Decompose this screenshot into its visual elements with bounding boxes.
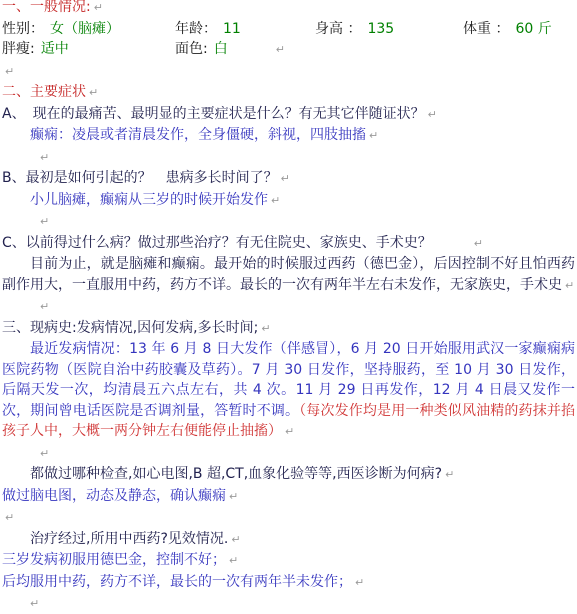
blank-4: ↵ bbox=[2, 296, 575, 318]
paragraph-mark-icon: ↵ bbox=[30, 597, 39, 610]
answer-a-text: 癫痫：凌晨或者清晨发作，全身僵硬，斜视，四肢抽搐 bbox=[30, 127, 366, 143]
field-build-value: 适中 bbox=[41, 41, 69, 57]
document-page[interactable]: 一、一般情况:↵性别：女（脑瘫）年龄：11身高 ：135体重 ：60 斤胖瘦:适… bbox=[0, 0, 577, 614]
paragraph-mark-icon: ↵ bbox=[5, 511, 14, 524]
paragraph-mark-icon: ↵ bbox=[281, 172, 290, 185]
paragraph-mark-icon: ↵ bbox=[445, 468, 454, 481]
answer-treatment-1: 三岁发病初服用德巴金，控制不好；↵ bbox=[2, 550, 575, 572]
field-complexion-label: 面色: bbox=[175, 41, 208, 57]
answer-treatment-2-text: 后均服用中药，药方不详，最长的一次有两年半未发作； bbox=[2, 574, 352, 590]
paragraph-mark-icon: ↵ bbox=[94, 1, 103, 14]
question-b-text: B、最初是如何引起的？ 患病多长时间了？ bbox=[2, 170, 278, 186]
question-c-text: C、以前得过什么病？做过那些治疗？有无住院史、家族史、手术史？ bbox=[2, 235, 432, 251]
field-row-2: 胖瘦:适中面色:白↵ bbox=[2, 39, 575, 61]
question-checks-text: 都做过哪种检查,如心电图,B 超,CT,血象化验等等,西医诊断为何病? bbox=[30, 466, 442, 482]
field-weight: 体重 ：60 斤 bbox=[463, 19, 575, 40]
field-sex: 性别：女（脑瘫） bbox=[2, 19, 175, 40]
blank-7: ↵ bbox=[2, 593, 575, 614]
answer-checks: 做过脑电图，动态及静态，确认癫痫↵ bbox=[2, 486, 575, 508]
field-age-value: 11 bbox=[223, 21, 241, 37]
heading-symptoms-text: 二、主要症状 bbox=[2, 84, 86, 100]
field-height-label: 身高 ： bbox=[315, 21, 361, 37]
paragraph-mark-icon: ↵ bbox=[229, 554, 238, 567]
blank-2: ↵ bbox=[2, 147, 575, 169]
paragraph-mark-icon: ↵ bbox=[5, 65, 14, 78]
field-complexion-value: 白 bbox=[214, 41, 228, 57]
paragraph-mark-icon: ↵ bbox=[229, 490, 238, 503]
heading-general-text: 一、一般情况: bbox=[2, 0, 91, 15]
blank-3: ↵ bbox=[2, 211, 575, 233]
field-height: 身高 ：135 bbox=[315, 19, 463, 40]
field-age: 年龄：11 bbox=[175, 19, 315, 40]
paragraph-mark-icon: ↵ bbox=[271, 194, 280, 207]
heading-symptoms: 二、主要症状↵ bbox=[2, 82, 575, 104]
document-body: 一、一般情况:↵性别：女（脑瘫）年龄：11身高 ：135体重 ：60 斤胖瘦:适… bbox=[2, 0, 575, 614]
answer-b-text: 小儿脑瘫，癫痫从三岁的时候开始发作 bbox=[30, 192, 268, 208]
question-history: 三、现病史:发病情况,因何发病,多长时间;↵ bbox=[2, 318, 575, 340]
question-checks: 都做过哪种检查,如心电图,B 超,CT,血象化验等等,西医诊断为何病?↵ bbox=[2, 464, 575, 486]
paragraph-mark-icon: ↵ bbox=[565, 279, 574, 292]
field-sex-value: 女（脑瘫） bbox=[50, 21, 120, 37]
heading-general: 一、一般情况:↵ bbox=[2, 0, 575, 19]
question-a-text: A、 现在的最痛苦、最明显的主要症状是什么？有无其它伴随证状？ bbox=[2, 106, 425, 122]
field-sex-label: 性别： bbox=[2, 21, 44, 37]
answer-checks-text: 做过脑电图，动态及静态，确认癫痫 bbox=[2, 488, 226, 504]
history: 最近发病情况：13 年 6 月 8 日大发作（伴感冒），6 月 20 日开始服用… bbox=[2, 339, 575, 443]
paragraph-mark-icon: ↵ bbox=[285, 425, 294, 438]
blank-5: ↵ bbox=[2, 443, 575, 465]
question-b: B、最初是如何引起的？ 患病多长时间了？↵ bbox=[2, 168, 575, 190]
paragraph-mark-icon: ↵ bbox=[474, 237, 483, 250]
answer-treatment-2: 后均服用中药，药方不详，最长的一次有两年半未发作；↵ bbox=[2, 572, 575, 594]
answer-treatment-1-text: 三岁发病初服用德巴金，控制不好； bbox=[2, 552, 226, 568]
answer-b: 小儿脑瘫，癫痫从三岁的时候开始发作↵ bbox=[2, 190, 575, 212]
paragraph-mark-icon: ↵ bbox=[89, 86, 98, 99]
answer-c: 目前为止，就是脑瘫和癫痫。最开始的时候服过西药（德巴金），后因控制不好且怕西药副… bbox=[2, 254, 575, 296]
paragraph-mark-icon: ↵ bbox=[428, 108, 437, 121]
question-history-text: 三、现病史:发病情况,因何发病,多长时间; bbox=[2, 320, 258, 336]
field-complexion: 面色:白↵ bbox=[175, 39, 315, 61]
paragraph-mark-icon: ↵ bbox=[40, 215, 49, 228]
question-treatment: 治疗经过,所用中西药?见效情况.↵ bbox=[2, 529, 575, 551]
question-treatment-text: 治疗经过,所用中西药?见效情况. bbox=[30, 531, 228, 547]
paragraph-mark-icon: ↵ bbox=[355, 576, 364, 589]
paragraph-mark-icon: ↵ bbox=[40, 151, 49, 164]
field-build: 胖瘦:适中 bbox=[2, 39, 175, 61]
answer-a: 癫痫：凌晨或者清晨发作，全身僵硬，斜视，四肢抽搐↵ bbox=[2, 125, 575, 147]
paragraph-mark-icon: ↵ bbox=[261, 322, 270, 335]
field-height-value: 135 bbox=[367, 21, 394, 37]
question-a: A、 现在的最痛苦、最明显的主要症状是什么？有无其它伴随证状？↵ bbox=[2, 104, 575, 126]
paragraph-mark-icon: ↵ bbox=[276, 43, 285, 56]
field-build-label: 胖瘦: bbox=[2, 41, 35, 57]
question-c: C、以前得过什么病？做过那些治疗？有无住院史、家族史、手术史？↵ bbox=[2, 233, 575, 255]
paragraph-mark-icon: ↵ bbox=[369, 129, 378, 142]
field-weight-label: 体重 ： bbox=[463, 21, 509, 37]
field-age-label: 年龄： bbox=[175, 21, 217, 37]
field-weight-value: 60 斤 bbox=[515, 21, 551, 37]
blank-1: ↵ bbox=[2, 61, 575, 83]
paragraph-mark-icon: ↵ bbox=[40, 300, 49, 313]
blank-6: ↵ bbox=[2, 507, 575, 529]
field-row-1: 性别：女（脑瘫）年龄：11身高 ：135体重 ：60 斤 bbox=[2, 19, 575, 40]
answer-c-text: 目前为止，就是脑瘫和癫痫。最开始的时候服过西药（德巴金），后因控制不好且怕西药副… bbox=[2, 256, 575, 293]
paragraph-mark-icon: ↵ bbox=[40, 447, 49, 460]
paragraph-mark-icon: ↵ bbox=[231, 533, 240, 546]
